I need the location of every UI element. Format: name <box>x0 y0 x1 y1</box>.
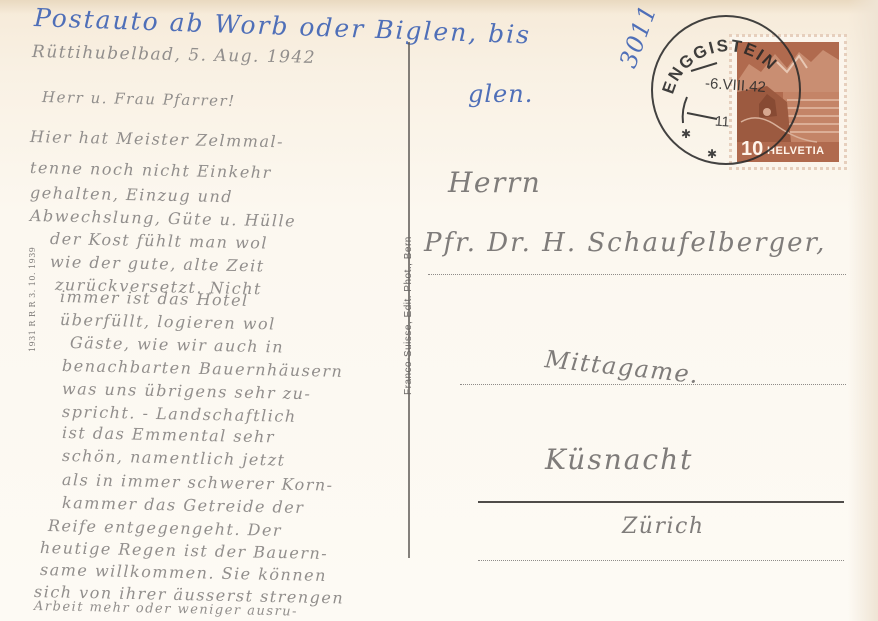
message-line: der Kost fühlt man wol <box>50 229 268 253</box>
message-line: überfüllt, logieren wol <box>60 310 276 334</box>
message-line: heutige Regen ist der Bauern- <box>40 538 329 563</box>
message-line: same willkommen. Sie können <box>40 560 327 585</box>
postcard-back: Postauto ab Worb oder Biglen, bis glen. … <box>0 0 878 621</box>
message-line: ist das Emmental sehr <box>62 423 275 446</box>
message-salutation: Herr u. Frau Pfarrer! <box>42 88 236 110</box>
postmark-time: 11 <box>714 113 730 130</box>
message-line: als in immer schwerer Korn- <box>62 470 334 495</box>
address-line-4 <box>478 560 844 561</box>
message-line: spricht. - Landschaftlich <box>62 402 297 426</box>
message-line: benachbarten Bauernhäusern <box>62 356 344 381</box>
address-line-3 <box>478 501 844 503</box>
postmark-star-icon: ✱ <box>707 147 717 161</box>
address-line-2 <box>460 384 846 385</box>
message-line: tenne noch nicht Einkehr <box>30 158 272 182</box>
message-line: kammer das Getreide der <box>62 493 305 517</box>
address-canton: Zürich <box>622 514 705 539</box>
postmark-star-icon: ✱ <box>681 127 691 141</box>
message-line: immer ist das Hotel <box>60 287 249 310</box>
message-line: Hier hat Meister Zelmmal- <box>30 127 284 151</box>
message-line: schön, namentlich jetzt <box>62 446 286 470</box>
address-salutation: Herrn <box>448 166 541 199</box>
message-line: Reife entgegengeht. Der <box>48 516 282 540</box>
postmark: ENGGISTEIN -6.VIII.42 11 ✱ ✱ <box>651 15 801 165</box>
header-note-line2: glen. <box>468 80 533 108</box>
address-town: Küsnacht <box>545 443 693 476</box>
address-line-1 <box>428 274 846 275</box>
message-line: Gäste, wie wir auch in <box>70 333 284 356</box>
header-note-line1: Postauto ab Worb oder Biglen, bis <box>33 3 531 49</box>
message-line: Abwechslung, Güte u. Hülle <box>30 206 296 231</box>
message-line: was uns übrigens sehr zu- <box>62 379 312 403</box>
message-line: wie der gute, alte Zeit <box>50 252 265 275</box>
publisher-imprint: Franco-Suisse, Edit. Phot., Bern <box>403 236 414 395</box>
message-line: gehalten, Einzug und <box>30 183 233 206</box>
address-street: Mittagame. <box>544 345 701 389</box>
address-name: Pfr. Dr. H. Schaufelberger, <box>424 228 826 258</box>
print-code: 1931 R R R 3. 10. 1939 <box>28 247 37 352</box>
message-place-date: Rüttihubelbad, 5. Aug. 1942 <box>32 42 316 68</box>
